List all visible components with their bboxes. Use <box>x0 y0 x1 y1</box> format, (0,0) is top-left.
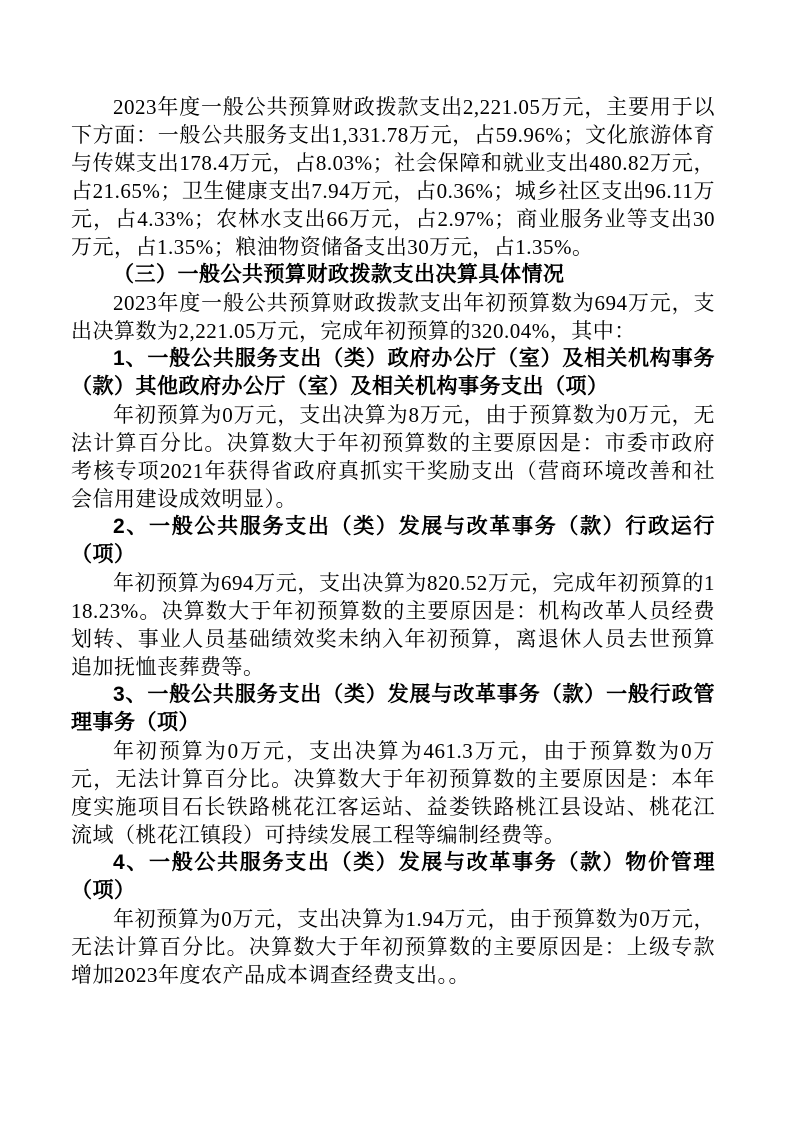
heading-item-1: 1、一般公共服务支出（类）政府办公厅（室）及相关机构事务（款）其他政府办公厅（室… <box>71 345 715 401</box>
paragraph-budget-vs-final: 2023年度一般公共预算财政拨款支出年初预算数为694万元，支出决算数为2,22… <box>71 289 715 345</box>
heading-item-4: 4、一般公共服务支出（类）发展与改革事务（款）物价管理（项） <box>71 849 715 905</box>
paragraph-expenditure-overview: 2023年度一般公共预算财政拨款支出2,221.05万元，主要用于以下方面：一般… <box>71 93 715 261</box>
paragraph-item-2-detail: 年初预算为694万元，支出决算为820.52万元，完成年初预算的118.23%。… <box>71 569 715 681</box>
heading-item-2: 2、一般公共服务支出（类）发展与改革事务（款）行政运行（项） <box>71 513 715 569</box>
document-body: 2023年度一般公共预算财政拨款支出2,221.05万元，主要用于以下方面：一般… <box>71 93 715 989</box>
heading-item-3: 3、一般公共服务支出（类）发展与改革事务（款）一般行政管理事务（项） <box>71 681 715 737</box>
paragraph-item-1-detail: 年初预算为0万元，支出决算为8万元，由于预算数为0万元，无法计算百分比。决算数大… <box>71 401 715 513</box>
paragraph-item-4-detail: 年初预算为0万元，支出决算为1.94万元，由于预算数为0万元，无法计算百分比。决… <box>71 905 715 989</box>
paragraph-item-3-detail: 年初预算为0万元，支出决算为461.3万元，由于预算数为0万元，无法计算百分比。… <box>71 737 715 849</box>
document-page: 2023年度一般公共预算财政拨款支出2,221.05万元，主要用于以下方面：一般… <box>0 0 793 1122</box>
heading-section-three: （三）一般公共预算财政拨款支出决算具体情况 <box>71 261 715 289</box>
